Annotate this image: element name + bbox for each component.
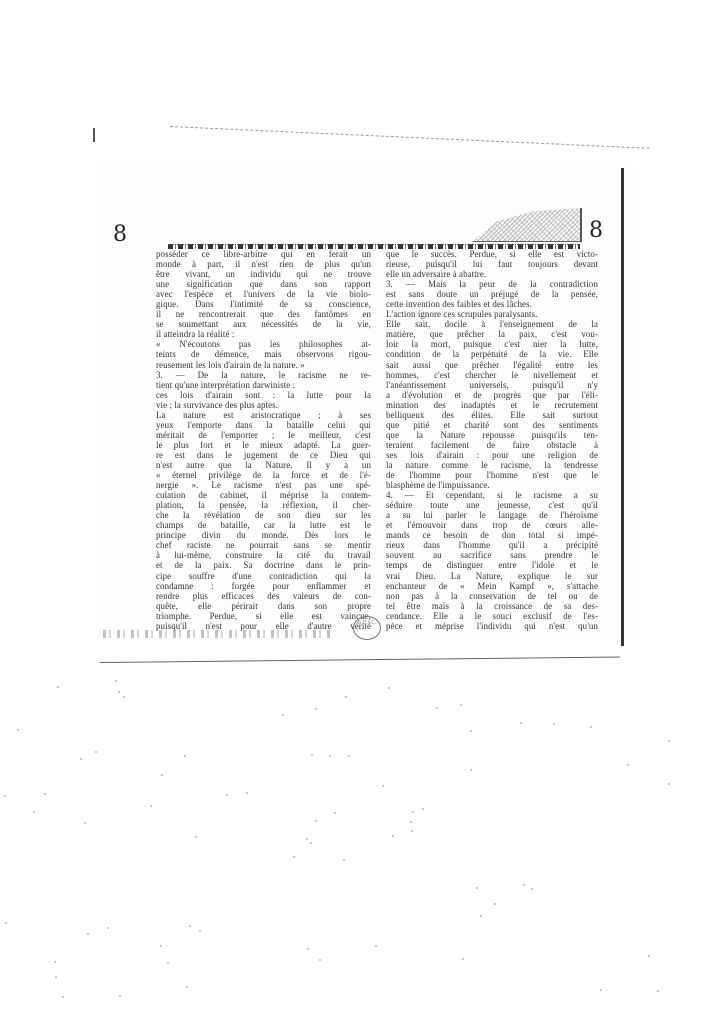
text-line: il ne rencontrerait que des fantômes en xyxy=(156,309,371,319)
text-column-left: posséder ce libre-arbitre qui en ferait … xyxy=(156,249,371,631)
text-line: l'anéantissement universels, puisqu'il n… xyxy=(386,380,598,390)
text-line: yeux l'emporte dans la bataille celui qu… xyxy=(156,420,371,430)
text-line: rieux dans l'homme qu'il a précipité xyxy=(386,540,598,550)
text-line: méritait de l'emporter ; le meilleur, c'… xyxy=(156,430,371,440)
text-line: il atteindra la réalité : xyxy=(156,329,371,339)
text-line: être vivant, un individu qui ne trouve xyxy=(156,269,371,279)
text-line: hommes, c'est chercher le nivellement et xyxy=(386,370,598,380)
text-line: 4. — Et cependant, si le racisme a su xyxy=(386,490,598,500)
text-line: che la révélation de son dieu sur les xyxy=(156,510,371,520)
page-number-left: 8 xyxy=(113,222,127,247)
text-line: et l'émouvoir dans trop de cœurs alle- xyxy=(386,520,598,530)
text-line: blasphème de l'impuissance. xyxy=(386,480,598,490)
text-line: reusement les lois d'airain de la nature… xyxy=(156,360,371,370)
text-line: vie ; la survivance des plus aptes. xyxy=(156,400,371,410)
text-line: que le succès. Perdue, si elle est victo… xyxy=(386,249,598,259)
paper-bottom-edge xyxy=(100,657,620,664)
text-line: a d'évolution et de progrès que par l'él… xyxy=(386,390,598,400)
text-line: non pas à la conservation de tel ou de xyxy=(386,591,598,601)
text-line: re est dans le jugement de ce Dieu qui xyxy=(156,450,371,460)
text-line: belliqueux des élites. Elle sait surtout xyxy=(386,410,598,420)
text-line: n'est autre que la Nature. Il y a un xyxy=(156,460,371,470)
text-line: triomphe. Perdue, si elle est vaincue, xyxy=(156,611,371,621)
text-line: se soumettant aux nécessités de la vie, xyxy=(156,319,371,329)
text-line: tient qu'une interprétation darwiniste : xyxy=(156,380,371,390)
text-line: mination des inadaptés et le recrutement xyxy=(386,400,598,410)
text-line: est sans doute un préjugé de la pensée, xyxy=(386,289,598,299)
text-line: teraient facilement de faire obstacle à xyxy=(386,440,598,450)
text-line: « éternel privilège de la force et de l'… xyxy=(156,470,371,480)
text-line: matière, que prêcher la paix, c'est vou- xyxy=(386,329,598,339)
text-line: chef raciste ne pourrait sans se mentir xyxy=(156,540,371,550)
text-line: a su lui parler le langage de l'héroïsme xyxy=(386,510,598,520)
paper-top-edge xyxy=(170,126,650,150)
text-line: 3. — Mais la peur de la contradiction xyxy=(386,279,598,289)
text-line: nergie ». Le racisme n'est pas une spé- xyxy=(156,480,371,490)
text-line: principe divin du monde. Dès lors le xyxy=(156,530,371,540)
text-line: souvent au sacrifice sans prendre le xyxy=(386,550,598,560)
text-line: condamne : forgée pour enflammer et xyxy=(156,581,371,591)
text-line: une signification que dans son rapport xyxy=(156,279,371,289)
text-line: L'action ignore ces scrupules paralysant… xyxy=(386,309,598,319)
text-line: posséder ce libre-arbitre qui en ferait … xyxy=(156,249,371,259)
text-line: ces lois d'airain sont : la lutte pour l… xyxy=(156,390,371,400)
text-line: cendance. Elle a le souci exclusif de l'… xyxy=(386,611,598,621)
text-line: loir la mort, puisque c'est nier la lutt… xyxy=(386,339,598,349)
text-line: gique. Dans l'intimité de sa conscience, xyxy=(156,299,371,309)
text-line: quête, elle périrait dans son propre xyxy=(156,601,371,611)
paper-right-edge xyxy=(621,168,624,646)
library-stamp: B.D.I.C. xyxy=(353,616,381,640)
text-line: que la Nature repousse puisqu'ils ten- xyxy=(386,430,598,440)
text-line: pèce et méprise l'individu qui n'est qu'… xyxy=(386,621,598,631)
text-line: que pitié et charité sont des sentiments xyxy=(386,420,598,430)
text-line: plation, la pensée, la réflexion, il che… xyxy=(156,500,371,510)
text-line: ses lois d'airain : pour une religion de xyxy=(386,450,598,460)
text-line: la nature comme le racisme, la tendresse xyxy=(386,460,598,470)
text-line: avec l'espèce et l'univers de la vie bio… xyxy=(156,289,371,299)
text-line: vrai Dieu. La Nature, explique le sur xyxy=(386,571,598,581)
text-line: cette invention des faibles et des lâche… xyxy=(386,299,598,309)
text-line: de l'homme pour l'homme n'est que le xyxy=(386,470,598,480)
text-line: « N'écoutons pas les philosophes at- xyxy=(156,339,371,349)
text-line: Elle sait, docile à l'enseignement de la xyxy=(386,319,598,329)
text-line: monde à part, il n'est rien de plus qu'u… xyxy=(156,259,371,269)
text-line: rendre plus efficaces des valeurs de con… xyxy=(156,591,371,601)
text-line: rieuse, puisqu'il lui faut toujours deva… xyxy=(386,259,598,269)
text-line: culation de cabinet, il méprise la conte… xyxy=(156,490,371,500)
page-number-right: 8 xyxy=(589,218,603,243)
text-column-right: que le succès. Perdue, si elle est victo… xyxy=(386,249,598,631)
text-line: elle un adversaire à abattre. xyxy=(386,269,598,279)
text-line: séduire toute une jeunesse, c'est qu'il xyxy=(386,500,598,510)
text-line: cipe souffre d'une contradiction qui la xyxy=(156,571,371,581)
text-line: mands ce besoin de don total si impé- xyxy=(386,530,598,540)
text-line: champs de bataille, car la lutte est le xyxy=(156,520,371,530)
text-line: tel être mais à la croissance de sa des- xyxy=(386,601,598,611)
text-line: le plus fort et le mieux adapté. La guer… xyxy=(156,440,371,450)
text-line: teints de démence, mais observons rigou- xyxy=(156,349,371,359)
text-line: sait aussi que prêcher l'égalité entre l… xyxy=(386,360,598,370)
text-line: 3. — De la nature, le racisme ne re- xyxy=(156,370,371,380)
text-line: temps de distinguer entre l'idole et le xyxy=(386,560,598,570)
scan-mark xyxy=(93,128,95,142)
text-line: à lui-même, construire la cité du travai… xyxy=(156,550,371,560)
text-line: enchanteur de « Mein Kampf », s'attache xyxy=(386,581,598,591)
text-line: La nature est aristocratique ; à ses xyxy=(156,410,371,420)
text-line: et de la paix. Sa doctrine dans le prin- xyxy=(156,560,371,570)
text-line: condition de la perpétuité de la vie. El… xyxy=(386,349,598,359)
footer-smudge xyxy=(103,630,333,638)
